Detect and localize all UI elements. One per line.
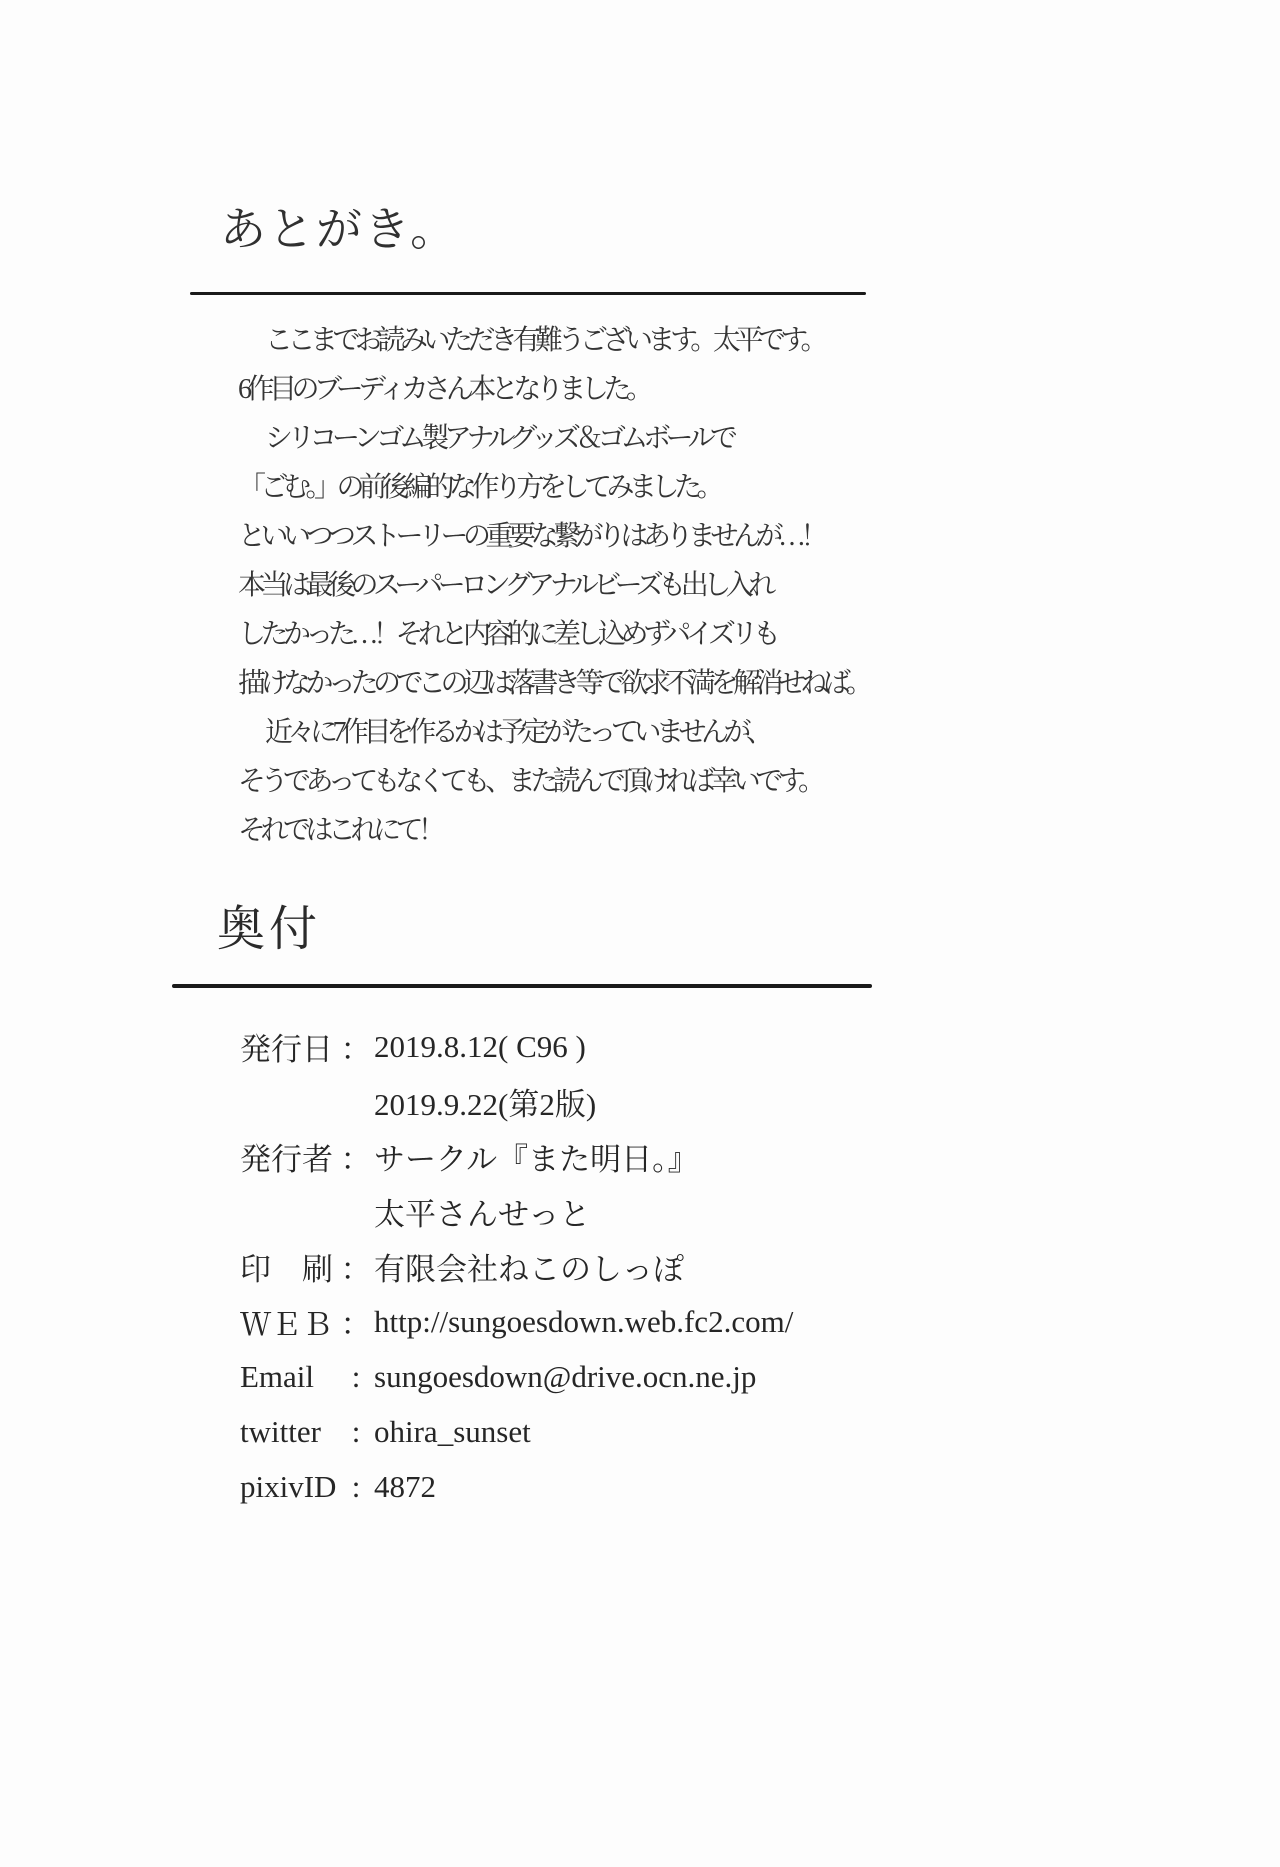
colophon-separator: ： <box>338 1024 374 1069</box>
colophon-value: 2019.8.12( C96 ) <box>374 1029 793 1065</box>
colophon-row: 太平さんせっと <box>240 1184 793 1239</box>
colophon-value: http://sungoesdown.web.fc2.com/ <box>374 1304 793 1340</box>
afterword-line: 近々に7作目を作るかは予定がたっていませんが、 <box>238 708 918 757</box>
afterword-divider-line <box>190 292 866 295</box>
colophon-row: 発行者 ： サークル『また明日。』 <box>240 1129 793 1184</box>
scanned-afterword-page: あとがき。 ここまでお読みいただき有難うございます。太平です。 6作目のブーディ… <box>0 0 1280 1867</box>
afterword-line: それではこれにて！ <box>238 806 918 855</box>
colophon-row: Email : sungoesdown@drive.ocn.ne.jp <box>240 1349 793 1404</box>
afterword-line: シリコーンゴム製アナルグッズ＆ゴムボールで <box>238 414 918 463</box>
colophon-label: 発行者 <box>240 1134 338 1179</box>
colophon-label: pixivID <box>240 1469 338 1505</box>
colophon-row: 2019.9.22(第2版) <box>240 1074 793 1129</box>
afterword-line: 6作目のブーディカさん本となりました。 <box>238 365 918 414</box>
afterword-line: ここまでお読みいただき有難うございます。太平です。 <box>238 316 918 365</box>
colophon-heading: 奥付 <box>217 901 321 959</box>
afterword-line: 描けなかったのでこの辺は落書き等で欲求不満を解消せねば。 <box>238 659 918 708</box>
colophon-separator: : <box>338 1414 374 1450</box>
colophon-value: 太平さんせっと <box>374 1189 793 1234</box>
colophon-value: 有限会社ねこのしっぽ <box>374 1244 793 1289</box>
colophon-separator: ： <box>338 1134 374 1179</box>
colophon-row: 発行日 ： 2019.8.12( C96 ) <box>240 1019 793 1074</box>
colophon-label: ＷＥＢ <box>240 1299 338 1344</box>
colophon-row: twitter : ohira_sunset <box>240 1404 793 1459</box>
afterword-heading: あとがき。 <box>220 204 458 257</box>
colophon-section: 発行日 ： 2019.8.12( C96 ) 2019.9.22(第2版) 発行… <box>240 1019 793 1514</box>
afterword-line: したかった…！それと内容的に差し込めずパイズリも <box>238 610 918 659</box>
colophon-separator: : <box>338 1359 374 1395</box>
colophon-row: ＷＥＢ ： http://sungoesdown.web.fc2.com/ <box>240 1294 793 1349</box>
afterword-body: ここまでお読みいただき有難うございます。太平です。 6作目のブーディカさん本とな… <box>238 316 918 855</box>
colophon-label: 発行日 <box>240 1024 338 1069</box>
colophon-value: サークル『また明日。』 <box>374 1134 793 1179</box>
afterword-line: 本当は最後のスーパーロングアナルビーズも出し入れ <box>238 561 918 610</box>
colophon-value: sungoesdown@drive.ocn.ne.jp <box>374 1359 793 1395</box>
colophon-separator: ： <box>338 1299 374 1344</box>
colophon-row: pixivID : 4872 <box>240 1459 793 1514</box>
colophon-row: 印 刷 ： 有限会社ねこのしっぽ <box>240 1239 793 1294</box>
colophon-value: 2019.9.22(第2版) <box>374 1079 793 1124</box>
colophon-value: ohira_sunset <box>374 1414 793 1450</box>
afterword-line: そうであってもなくても、また読んで頂ければ幸いです。 <box>238 757 918 806</box>
colophon-separator: : <box>338 1469 374 1505</box>
colophon-separator: ： <box>338 1244 374 1289</box>
colophon-label: twitter <box>240 1414 338 1450</box>
colophon-label: 印 刷 <box>240 1244 338 1289</box>
colophon-divider-line <box>172 984 872 988</box>
colophon-label: Email <box>240 1359 338 1395</box>
afterword-line: 「ごむ。」の前後編的な作り方をしてみました。 <box>238 463 918 512</box>
afterword-line: といいつつストーリーの重要な繋がりはありませんが…！ <box>238 512 918 561</box>
colophon-value: 4872 <box>374 1469 793 1505</box>
